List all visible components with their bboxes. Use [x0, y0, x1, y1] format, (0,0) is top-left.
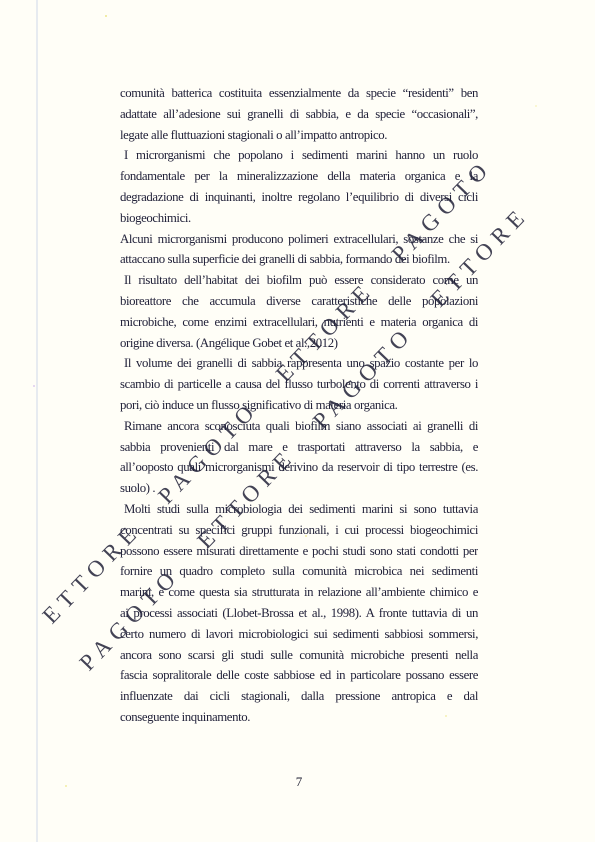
page-binding-edge-line — [36, 0, 38, 842]
text-line: conseguente inquinamento. — [120, 707, 478, 728]
text-line: Rimane ancora sconosciuta quali biofilm … — [120, 416, 478, 437]
text-line: Alcuni microrganismi producono polimeri … — [120, 229, 478, 250]
text-line: all’ooposto quali microrganismi derivino… — [120, 457, 478, 478]
text-line: Il risultato dell’habitat dei biofilm pu… — [120, 270, 478, 291]
text-line: scambio di particelle a causa del flusso… — [120, 374, 478, 395]
text-line: possono essere misurati direttamente e p… — [120, 541, 478, 562]
text-line: fornire un quadro completo sulla comunit… — [120, 561, 478, 582]
text-line: Il volume dei granelli di sabbia rappres… — [120, 353, 478, 374]
text-line: marini, e come questa sia strutturata in… — [120, 582, 478, 603]
text-line: origine diversa. (Angélique Gobet et al.… — [120, 333, 478, 354]
text-line: bioreattore che accumula diverse caratte… — [120, 291, 478, 312]
text-line: Molti studi sulla microbiologia dei sedi… — [120, 499, 478, 520]
text-line: comunità batterica costituita essenzialm… — [120, 83, 478, 104]
scan-speckle-noise — [105, 15, 107, 17]
text-line: fascia sopralitorale delle coste sabbios… — [120, 665, 478, 686]
text-line: influenzate dai cicli stagionali, dalla … — [120, 686, 478, 707]
text-line: I microrganismi che popolano i sedimenti… — [120, 145, 478, 166]
text-line: concentrati su specifici gruppi funziona… — [120, 520, 478, 541]
text-line: sabbia provenienti dal mare e trasportat… — [120, 437, 478, 458]
text-line: ancora sono scarsi gli studi sulle comun… — [120, 645, 478, 666]
text-line: legate alle fluttuazioni stagionali o al… — [120, 125, 478, 146]
page-number: 7 — [120, 774, 478, 790]
text-line: microbiche, come enzimi extracellulari, … — [120, 312, 478, 333]
text-line: adattate all’adesione sui granelli di sa… — [120, 104, 478, 125]
text-line: pori, ciò induce un flusso significativo… — [120, 395, 478, 416]
text-line: ai processi associati (Llobet-Brossa et … — [120, 603, 478, 624]
text-line: suolo) . — [120, 478, 478, 499]
text-line: attaccano sulla superficie dei granelli … — [120, 249, 478, 270]
text-line: biogeochimici. — [120, 208, 478, 229]
text-block: comunità batterica costituita essenzialm… — [120, 83, 478, 728]
text-line: fondamentale per la mineralizzazione del… — [120, 166, 478, 187]
text-line: degradazione di inquinanti, inoltre rego… — [120, 187, 478, 208]
text-line: certo numero di lavori microbiologici su… — [120, 624, 478, 645]
scanned-document-page: ETTORE PAGOTO ETTORE PAGOTO PAGOTO ETTOR… — [0, 0, 595, 842]
